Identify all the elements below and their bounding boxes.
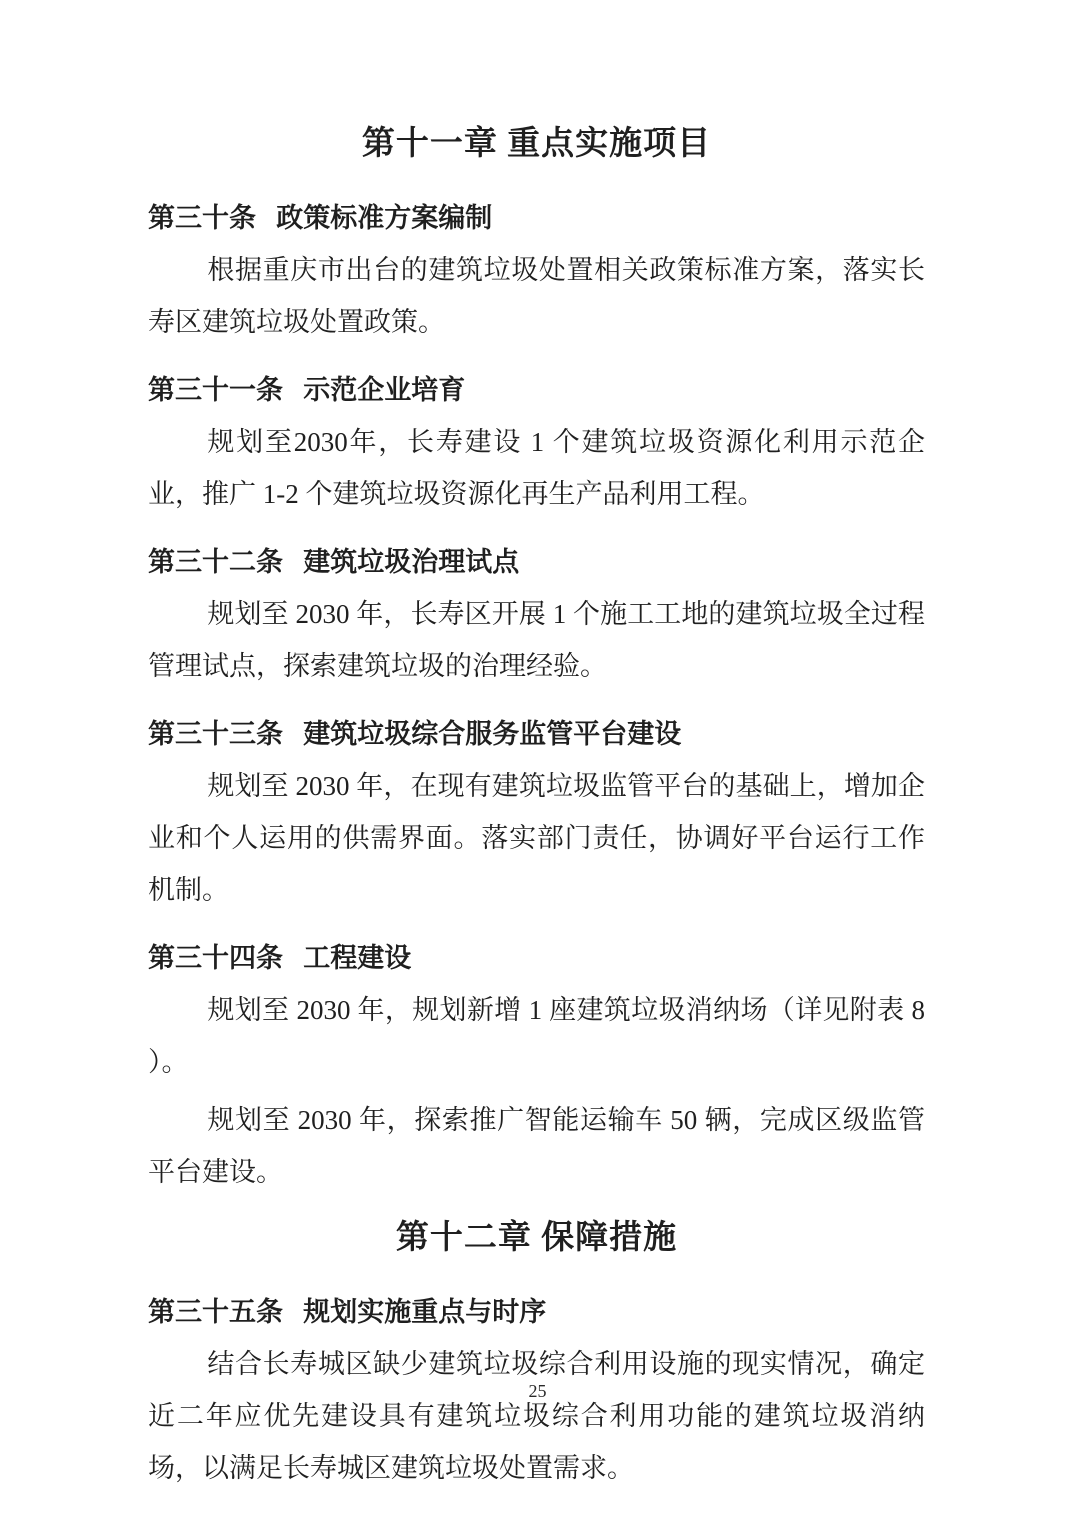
article-number: 第三十五条 <box>148 1297 283 1327</box>
page-number: 25 <box>0 1380 1075 1402</box>
paragraph: 规划至2030年，长寿建设 1 个建筑垃圾资源化利用示范企业，推广 1-2 个建… <box>148 416 925 520</box>
article-title: 政策标准方案编制 <box>276 203 492 233</box>
article-heading: 第三十四条工程建设 <box>148 938 925 978</box>
article-number: 第三十二条 <box>148 547 283 577</box>
article-number: 第三十三条 <box>148 719 283 749</box>
paragraph: 根据重庆市出台的建筑垃圾处置相关政策标准方案，落实长寿区建筑垃圾处置政策。 <box>148 244 925 348</box>
paragraph: 规划至 2030 年，规划新增 1 座建筑垃圾消纳场（详见附表 8 ）。 <box>148 984 925 1088</box>
article-number: 第三十四条 <box>148 943 283 973</box>
article-title: 建筑垃圾治理试点 <box>303 547 519 577</box>
document-page: 第十一章 重点实施项目 第三十条政策标准方案编制 根据重庆市出台的建筑垃圾处置相… <box>0 0 1075 1520</box>
paragraph: 规划至 2030 年，探索推广智能运输车 50 辆，完成区级监管平台建设。 <box>148 1094 925 1198</box>
article-31: 第三十一条示范企业培育 规划至2030年，长寿建设 1 个建筑垃圾资源化利用示范… <box>148 370 925 520</box>
chapter-11-title: 第十一章 重点实施项目 <box>148 120 925 168</box>
article-33: 第三十三条建筑垃圾综合服务监管平台建设 规划至 2030 年，在现有建筑垃圾监管… <box>148 714 925 916</box>
article-heading: 第三十条政策标准方案编制 <box>148 198 925 238</box>
article-number: 第三十一条 <box>148 375 283 405</box>
article-number: 第三十条 <box>148 203 256 233</box>
article-heading: 第三十三条建筑垃圾综合服务监管平台建设 <box>148 714 925 754</box>
article-title: 规划实施重点与时序 <box>303 1297 546 1327</box>
article-34: 第三十四条工程建设 规划至 2030 年，规划新增 1 座建筑垃圾消纳场（详见附… <box>148 938 925 1198</box>
paragraph: 规划至 2030 年，长寿区开展 1 个施工工地的建筑垃圾全过程管理试点，探索建… <box>148 588 925 692</box>
article-title: 工程建设 <box>303 943 411 973</box>
article-heading: 第三十五条规划实施重点与时序 <box>148 1292 925 1332</box>
paragraph: 结合长寿城区缺少建筑垃圾综合利用设施的现实情况，确定近二年应优先建设具有建筑垃圾… <box>148 1338 925 1494</box>
paragraph: 规划至 2030 年，在现有建筑垃圾监管平台的基础上，增加企业和个人运用的供需界… <box>148 760 925 916</box>
article-title: 建筑垃圾综合服务监管平台建设 <box>303 719 681 749</box>
article-heading: 第三十一条示范企业培育 <box>148 370 925 410</box>
article-32: 第三十二条建筑垃圾治理试点 规划至 2030 年，长寿区开展 1 个施工工地的建… <box>148 542 925 692</box>
article-heading: 第三十二条建筑垃圾治理试点 <box>148 542 925 582</box>
article-30: 第三十条政策标准方案编制 根据重庆市出台的建筑垃圾处置相关政策标准方案，落实长寿… <box>148 198 925 348</box>
chapter-12-title: 第十二章 保障措施 <box>148 1214 925 1262</box>
article-title: 示范企业培育 <box>303 375 465 405</box>
